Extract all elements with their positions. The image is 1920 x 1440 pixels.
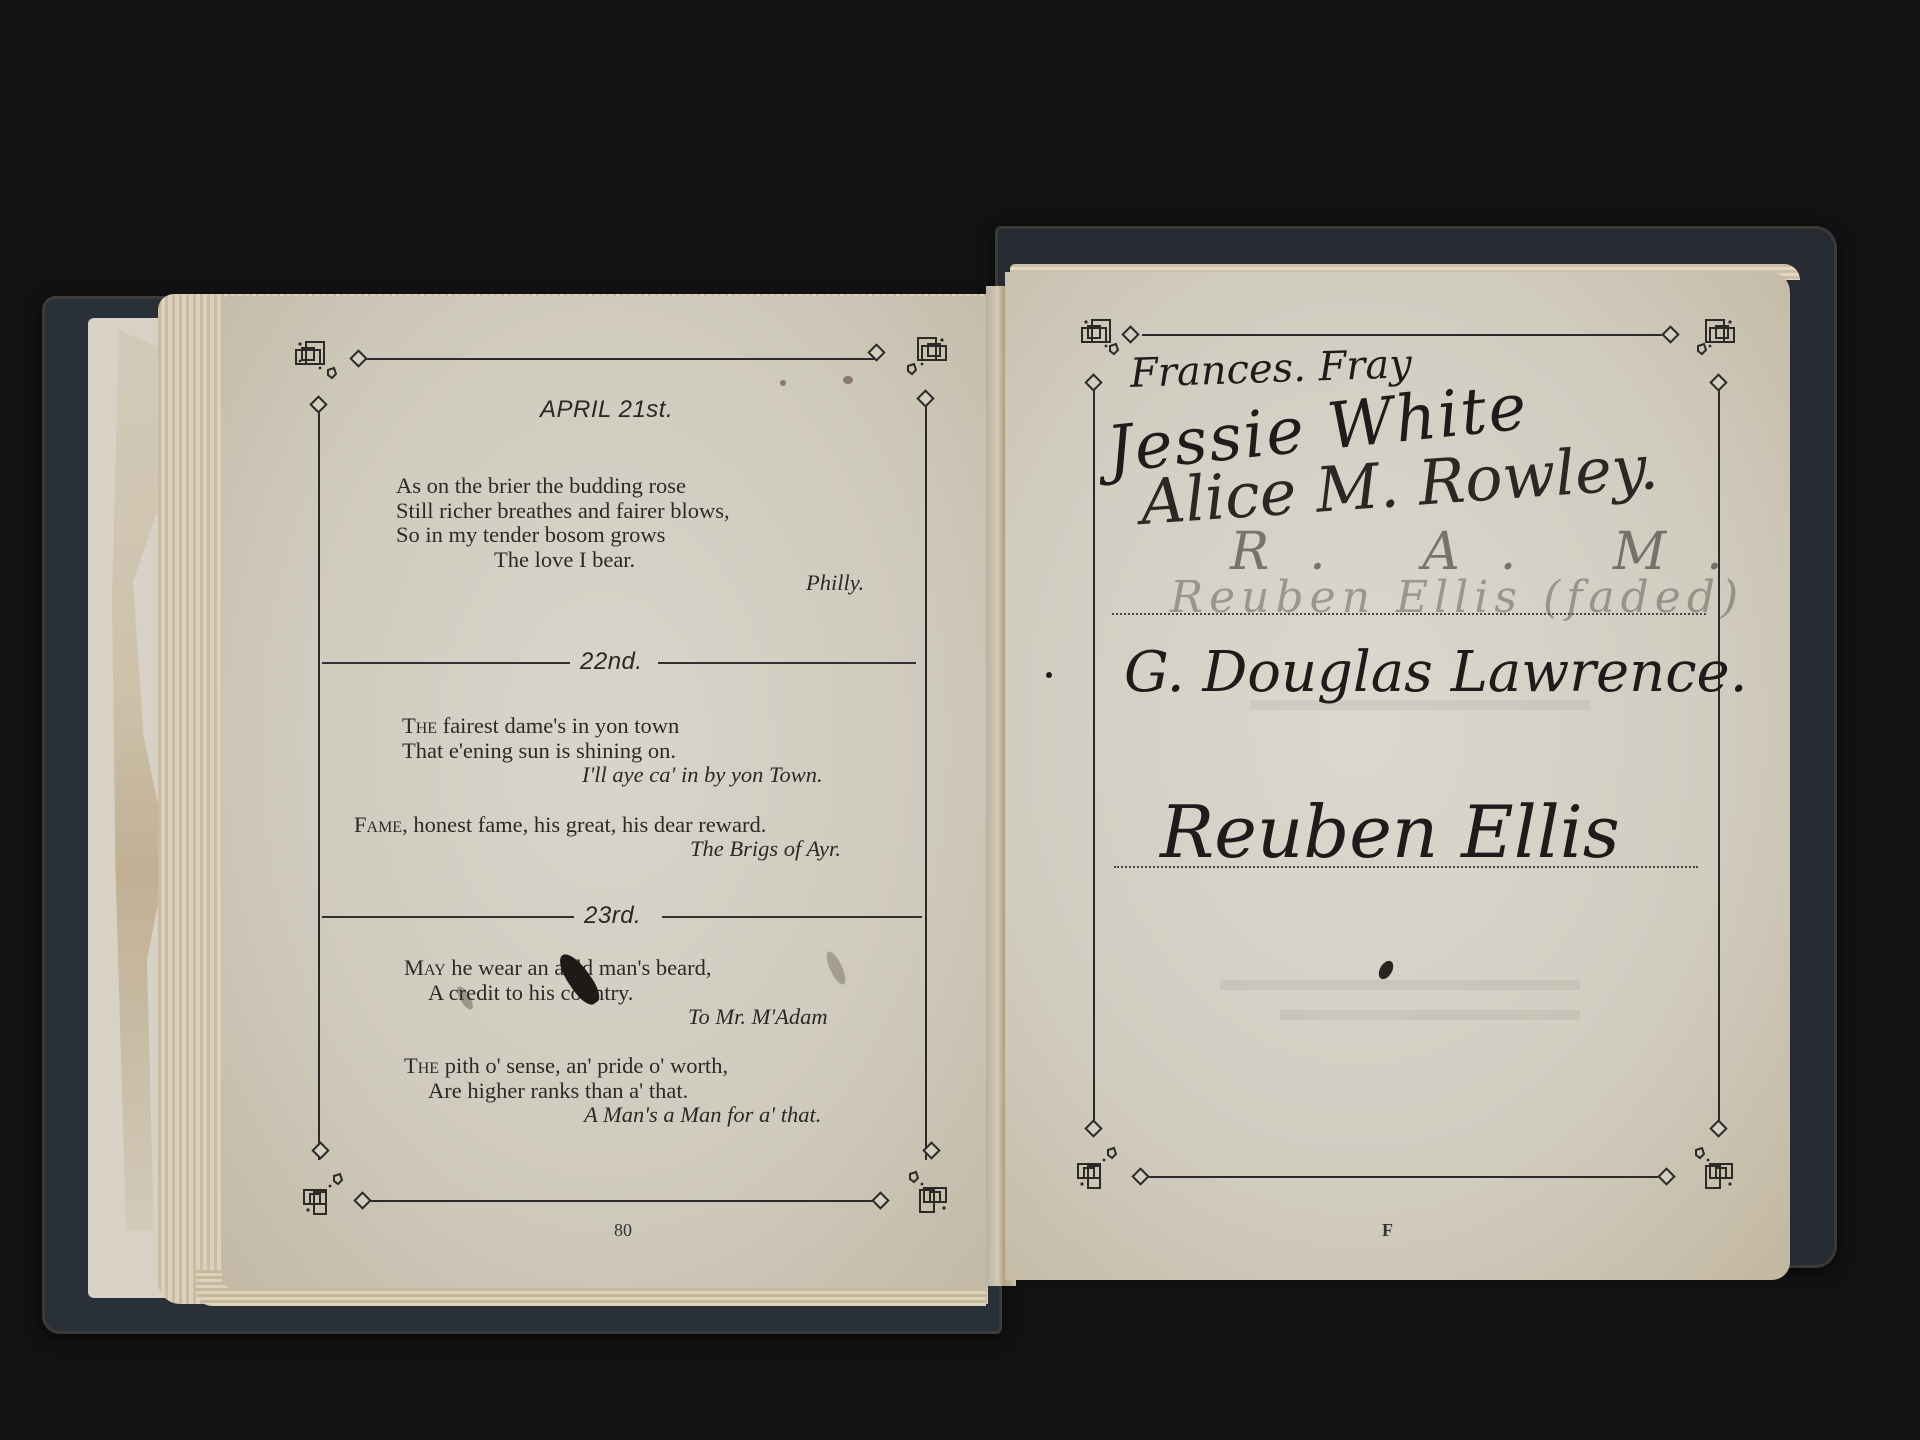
verse-line: As on the brier the budding rose [396,474,730,499]
attribution: To Mr. M'Adam [688,1004,828,1030]
frame-right-line [925,398,927,1160]
foxing-spot [843,376,853,384]
left-page [222,296,988,1288]
corner-knot-ornament-icon [1074,1144,1126,1196]
verse-lead-word: The [402,713,437,738]
signature-faded-erased: Reuben Ellis (faded) [1170,572,1744,623]
verse-line: That e'ening sun is shining on. [402,739,679,764]
verse-lead-word: Fame, [354,812,408,837]
attribution: The Brigs of Ayr. [690,836,841,862]
verse-line: So in my tender bosom grows [396,523,730,548]
verse-lead-word: May [404,955,446,980]
bleed-through-text [1220,980,1580,990]
verse-line: fairest dame's in yon town [443,713,680,738]
frame-bottom-line [360,1200,880,1202]
verse-lead-word: The [404,1053,439,1078]
bleed-through-text [1250,700,1590,710]
verse-line: Are higher ranks than a' that. [404,1079,728,1104]
signature-reuben-ellis: Reuben Ellis [1160,790,1620,874]
bleed-through-text [1280,1010,1580,1020]
verse-block: As on the brier the budding rose Still r… [396,474,730,572]
date-heading-23rd: 23rd. [584,902,641,930]
section-divider [658,662,916,664]
frame-top-line [358,358,878,360]
section-divider [662,916,922,918]
frame-top-line [1142,334,1662,336]
verse-line: A credit to his country. [404,981,711,1006]
frame-bottom-line [1142,1176,1662,1178]
verse-line: honest fame, his great, his dear reward. [413,812,766,837]
verse-block: May he wear an auld man's beard, A credi… [404,956,711,1005]
signature-g-douglas-lawrence: G. Douglas Lawrence. [1124,640,1748,705]
section-divider [322,916,574,918]
corner-knot-ornament-icon [1078,316,1130,368]
page-number: 80 [614,1220,632,1241]
ink-dot [1046,672,1052,678]
corner-knot-ornament-icon [900,1166,952,1218]
verse-block: The pith o' sense, an' pride o' worth, A… [404,1054,728,1103]
date-heading-22nd: 22nd. [580,648,643,676]
frame-right-line [1718,378,1720,1130]
dotted-signature-line [1114,866,1698,868]
corner-knot-ornament-icon [300,1168,352,1220]
verse-line: pith o' sense, an' pride o' worth, [445,1053,728,1078]
section-divider [322,662,570,664]
corner-knot-ornament-icon [292,336,344,388]
foxing-spot [780,380,786,386]
corner-knot-ornament-icon [898,332,950,384]
verse-line: The love I bear. [396,548,730,573]
frame-left-line [1093,378,1095,1130]
verse-line: Still richer breathes and fairer blows, [396,499,730,524]
verse-block: The fairest dame's in yon town That e'en… [402,714,679,763]
attribution: A Man's a Man for a' that. [584,1102,821,1128]
corner-knot-ornament-icon [1686,316,1738,368]
page-signature-mark: F [1382,1220,1393,1241]
frame-left-line [318,398,320,1160]
verse-block: Fame, honest fame, his great, his dear r… [354,813,766,838]
attribution: I'll aye ca' in by yon Town. [582,762,823,788]
corner-knot-ornament-icon [1686,1144,1738,1196]
date-heading-april-21: APRIL 21st. [540,396,673,424]
dotted-signature-line [1112,613,1706,615]
attribution: Philly. [806,570,864,596]
